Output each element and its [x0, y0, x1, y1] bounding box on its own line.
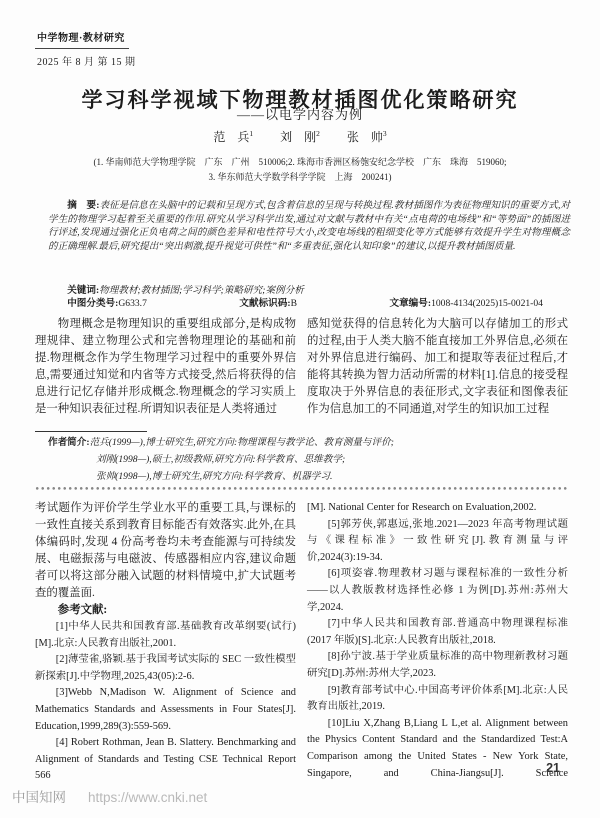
classification-line: 中图分类号:G633.7 文献标识码:B 文章编号:1008-4134(2025… — [48, 295, 543, 309]
clc-value: G633.7 — [118, 298, 147, 309]
article-id-label: 文章编号: — [389, 298, 431, 309]
references-heading: 参考文献: — [35, 602, 296, 619]
article-subtitle: ——以电学内容为例 — [0, 104, 600, 123]
bio-label: 作者简介: — [48, 437, 90, 448]
doc-code-label: 文献标识码: — [239, 298, 290, 309]
abstract-text: 表征是信息在头脑中的记载和呈现方式,包含着信息的呈现与转换过程.教材插图作为表征… — [48, 200, 570, 252]
left-column: 考试题作为评价学生学业水平的重要工具,与课标的一致性直接关系到教育目标能否有效落… — [35, 500, 296, 780]
right-column: 感知觉获得的信息转化为大脑可以存储加工的形式的过程,由于人类大脑不能直接加工外界… — [307, 316, 568, 428]
reference-item: [7]中华人民共和国教育部.普通高中物理课程标准(2017 年版)[S].北京:… — [307, 616, 568, 649]
author-list: 范 兵1 刘 刚2 张 帅3 — [0, 128, 600, 145]
journal-page: 中学物理·教材研究 2025 年 8 月 第 15 期 学习科学视域下物理教材插… — [0, 0, 600, 818]
author: 范 兵1 — [213, 130, 253, 144]
reference-item: [2]薄莹雀,骆颖.基于我国考试实际的 SEC 一致性模型新探索[J].中学物理… — [35, 652, 296, 685]
author-affil-marker: 2 — [316, 129, 320, 138]
affiliation-line: (1. 华南师范大学物理学院 广东 广州 510006;2. 珠海市香洲区杨匏安… — [0, 155, 600, 168]
page-number: 21 — [546, 761, 560, 775]
journal-name: 中学物理·教材研究 — [35, 29, 129, 49]
article-id: 文章编号:1008-4134(2025)15-0021-04 — [389, 295, 543, 309]
reference-item: [3]Webb N,Madison W. Alignment of Scienc… — [35, 685, 296, 735]
clc-number: 中图分类号:G633.7 — [48, 295, 147, 309]
reference-item: [6]项姿睿.物理教材习题与课程标准的一致性分析——以人教版教材选择性必修 1 … — [307, 566, 568, 616]
bio-line: 张帅(1998—),博士研究生,研究方向:科学教育、机器学习. — [96, 468, 568, 485]
footnote-rule — [35, 431, 147, 432]
bio-line: 刘刚(1998—),硕士,初级教师,研究方向:科学教育、思维教学; — [96, 451, 568, 468]
body-paragraph: 感知觉获得的信息转化为大脑可以存储加工的形式的过程,由于人类大脑不能直接加工外界… — [307, 316, 568, 418]
keywords-line: 关键词:物理教材;教材插图;学习科学;策略研究;案例分析 — [48, 282, 570, 296]
author-affil-marker: 1 — [249, 129, 253, 138]
reference-item: [5]郭芳侠,郭惠远,张地.2021—2023 年高考物理试题与《课程标准》一致… — [307, 517, 568, 567]
abstract: 摘 要:表征是信息在头脑中的记载和呈现方式,包含着信息的呈现与转换过程.教材插图… — [48, 199, 570, 253]
reference-item: [1]中华人民共和国教育部.基础教育改革纲要(试行)[M].北京:人民教育出版社… — [35, 619, 296, 652]
author-name: 范 兵 — [213, 130, 249, 144]
article-id-value: 1008-4134(2025)15-0021-04 — [431, 298, 543, 309]
reference-continuation: [M]. National Center for Research on Eva… — [307, 500, 568, 517]
author: 张 帅3 — [347, 130, 387, 144]
chain-separator — [35, 486, 568, 491]
left-column: 物理概念是物理知识的重要组成部分,是构成物理规律、建立物理公式和完善物理理论的基… — [35, 316, 296, 428]
body-paragraph: 物理概念是物理知识的重要组成部分,是构成物理规律、建立物理公式和完善物理理论的基… — [35, 316, 296, 418]
journal-issue: 2025 年 8 月 第 15 期 — [35, 53, 136, 68]
author-name: 张 帅 — [347, 130, 383, 144]
cnki-watermark: 中国知网https://www.cnki.net — [12, 786, 207, 807]
bio-line: 作者简介:范兵(1999—),博士研究生,研究方向:物理课程与教学论、教育测量与… — [48, 434, 568, 451]
reference-item: [8]孙宁波.基于学业质量标准的高中物理新教材习题研究[D].苏州:苏州大学,2… — [307, 649, 568, 682]
author: 刘 刚2 — [280, 130, 320, 144]
author-affil-marker: 3 — [383, 129, 387, 138]
author-name: 刘 刚 — [280, 130, 316, 144]
cnki-url-link[interactable]: https://www.cnki.net — [88, 790, 207, 805]
clc-label: 中图分类号: — [67, 298, 118, 309]
body-columns-top: 物理概念是物理知识的重要组成部分,是构成物理规律、建立物理公式和完善物理理论的基… — [35, 316, 568, 428]
right-column: [M]. National Center for Research on Eva… — [307, 500, 568, 780]
cnki-logo-text: 中国知网 — [12, 790, 66, 805]
affiliation-line: 3. 华东师范大学数学科学学院 上海 200241) — [0, 170, 600, 183]
doc-code-value: B — [291, 298, 297, 309]
reference-item: [10]Liu X,Zhang B,Liang L L,et al. Align… — [307, 716, 568, 780]
bio-text: 范兵(1999—),博士研究生,研究方向:物理课程与教学论、教育测量与评价; — [90, 437, 394, 448]
reference-item: [4] Robert Rothman, Jean B. Slattery. Be… — [35, 735, 296, 780]
document-code: 文献标识码:B — [239, 295, 297, 309]
body-paragraph: 考试题作为评价学生学业水平的重要工具,与课标的一致性直接关系到教育目标能否有效落… — [35, 500, 296, 602]
author-bio-block: 作者简介:范兵(1999—),博士研究生,研究方向:物理课程与教学论、教育测量与… — [48, 434, 568, 485]
body-columns-bottom: 考试题作为评价学生学业水平的重要工具,与课标的一致性直接关系到教育目标能否有效落… — [35, 500, 568, 780]
journal-header: 中学物理·教材研究 2025 年 8 月 第 15 期 — [35, 28, 136, 68]
reference-item: [9]教育部考试中心.中国高考评价体系[M].北京:人民教育出版社,2019. — [307, 683, 568, 716]
abstract-label: 摘 要: — [67, 200, 99, 211]
